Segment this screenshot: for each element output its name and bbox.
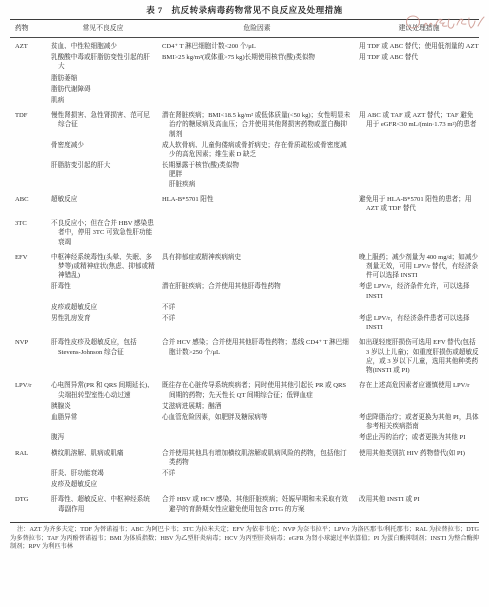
adverse-reaction: 肝脂肪变引起的肝大 [51,161,155,189]
risk-factors: 合并 HBV 或 HCV 感染、其他肝脏疾病；妊娠早期和未采取有效避孕的育龄期女… [162,495,352,513]
table-row: 胰腺炎 艾滋病进展期；酗酒 [10,402,479,411]
risk-factors [162,96,352,105]
table-row: NVP 肝毒性皮疹及超敏反应，包括 Stevens-Johnson 综合征 合并… [10,338,479,375]
drug-name: TDF [10,111,44,139]
recommended-measures: 避免用于 HLA-B*5701 阳性的患者；用 AZT 或 TDF 替代 [359,195,479,213]
risk-factors: 不详 [162,303,352,312]
drug-name: ABC [10,195,44,213]
adverse-reaction: 乳酸酸中毒或肝脂肪变性引起的肝大 [51,53,155,71]
adverse-reaction: 心电图异常(PR 和 QRS 间期延长)、尖端扭转型室性心动过速 [51,381,155,399]
risk-factors: BMI>25 kg/m²(或体重>75 kg)长期使用核苷(酸)类似物 [162,53,352,71]
adverse-reaction: 骨密度减少 [51,141,155,159]
adverse-reaction: 男性乳房发育 [51,314,155,332]
table-row: 骨密度减少 成人软骨病、儿童佝偻病或骨折病史；存在骨质疏松或骨密度减少的高危因素… [10,141,479,159]
recommended-measures [359,480,479,489]
adverse-reaction: 肝炎、肝功能衰竭 [51,469,155,478]
adverse-reaction: 肝毒性、超敏反应、中枢神经系统毒副作用 [51,495,155,513]
recommended-measures [359,303,479,312]
adverse-reaction: 慢性肾损害、急性肾损害、范可尼综合征 [51,111,155,139]
drug-name [10,480,44,489]
table-row: 男性乳房发育 不详 考虑 LPV/r，有经济条件患者可以选择 INSTI [10,314,479,332]
drug-name [10,433,44,442]
adverse-reaction: 皮疹或超敏反应 [51,303,155,312]
table-row: 肝炎、肝功能衰竭 不详 [10,469,479,478]
adverse-reaction: 肝毒性 [51,282,155,300]
scanned-table-page: 表 7 抗反转录病毒药物常见不良反应及处理措施 药物 常见不良反应 危险因素 建… [0,0,489,607]
column-header-drug: 药物 [10,24,44,33]
table-header-row: 药物 常见不良反应 危险因素 建议处理措施 [10,20,479,38]
risk-factors: 艾滋病进展期；酗酒 [162,402,352,411]
adverse-reaction: 肌病 [51,96,155,105]
table-row: 皮疹或超敏反应 不详 [10,303,479,312]
drug-name [10,161,44,189]
drug-name [10,314,44,332]
risk-factors: HLA-B*5701 阳性 [162,195,352,213]
risk-factors: 潜在肾脏疾病；BMI<18.5 kg/m² 或低体质量(<50 kg)；女性明显… [162,111,352,139]
risk-factors [162,433,352,442]
table-row: 皮疹及超敏反应 [10,480,479,489]
table-row: 脂肪代谢障碍 [10,85,479,94]
drug-name: 3TC [10,219,44,247]
adverse-reaction: 贫血、中性粒细胞减少 [51,42,155,51]
risk-factors: 既往存在心脏传导系统疾病者；同时使用其他引起长 PR 或 QRS 间期的药物；先… [162,381,352,399]
adverse-reaction: 横纹肌溶解、肌病或肌痛 [51,449,155,467]
recommended-measures: 考虑 LPV/r，有经济条件患者可以选择 INSTI [359,314,479,332]
drug-name [10,303,44,312]
risk-factors: 具有抑郁症或精神疾病病史 [162,253,352,281]
risk-factors: 成人软骨病、儿童佝偻病或骨折病史；存在骨质疏松或骨密度减少的高危因素；维生素 D… [162,141,352,159]
adverse-reaction: 肝毒性皮疹及超敏反应，包括 Stevens-Johnson 综合征 [51,338,155,375]
drug-name: RAL [10,449,44,467]
table-title: 表 7 抗反转录病毒药物常见不良反应及处理措施 [10,3,479,19]
risk-factors [162,480,352,489]
drug-name [10,282,44,300]
drug-name [10,469,44,478]
table-row: TDF 慢性肾损害、急性肾损害、范可尼综合征 潜在肾脏疾病；BMI<18.5 k… [10,111,479,139]
table-row: LPV/r 心电图异常(PR 和 QRS 间期延长)、尖端扭转型室性心动过速 既… [10,381,479,399]
table-row: 肌病 [10,96,479,105]
table-row: 腹泻 考虑止泻的治疗；或者更换为其他 PI [10,433,479,442]
table-row: ABC 超敏反应 HLA-B*5701 阳性 避免用于 HLA-B*5701 阳… [10,195,479,213]
risk-factors [162,85,352,94]
drug-name [10,74,44,83]
drug-name [10,53,44,71]
drug-name [10,85,44,94]
drug-name [10,402,44,411]
table-row: 脂肪萎缩 [10,74,479,83]
recommended-measures: 用 ABC 或 TAF 或 AZT 替代；TAF 避免用于 eGFR<30 mL… [359,111,479,139]
recommended-measures [359,141,479,159]
recommended-measures: 考虑降脂治疗；或者更换为其他 PI，具体参考相关疾病指南 [359,413,479,431]
recommended-measures [359,96,479,105]
drug-name [10,96,44,105]
adverse-reaction: 不良反应小；但在合并 HBV 感染患者中，停用 3TC 可致急性肝功能衰竭 [51,219,155,247]
recommended-measures: 考虑止泻的治疗；或者更换为其他 PI [359,433,479,442]
recommended-measures [359,74,479,83]
risk-factors: 合并使用其他具有增加横纹肌溶解或肌病风险的药物，包括他汀类药物 [162,449,352,467]
risk-factors: 不详 [162,314,352,332]
recommended-measures: 用 TDF 或 ABC 替代 [359,53,479,71]
adverse-reaction: 血脂异常 [51,413,155,431]
table-row: 血脂异常 心血管危险因素，如肥胖及糖尿病等 考虑降脂治疗；或者更换为其他 PI，… [10,413,479,431]
adverse-reaction: 脂肪代谢障碍 [51,85,155,94]
risk-factors [162,74,352,83]
table-row: 乳酸酸中毒或肝脂肪变性引起的肝大 BMI>25 kg/m²(或体重>75 kg)… [10,53,479,71]
table-row: DTG 肝毒性、超敏反应、中枢神经系统毒副作用 合并 HBV 或 HCV 感染、… [10,495,479,513]
column-header-adverse-reaction: 常见不良反应 [51,24,155,33]
risk-factors: CD4⁺ T 淋巴细胞计数<200 个/μL [162,42,352,51]
risk-factors: 合并 HCV 感染；合并使用其他肝毒性药物；基线 CD4⁺ T 淋巴细胞计数>2… [162,338,352,375]
adverse-reaction: 皮疹及超敏反应 [51,480,155,489]
drug-name: DTG [10,495,44,513]
recommended-measures [359,161,479,189]
adverse-reaction: 中枢神经系统毒性(头晕、失眠、多梦等)或精神症状(焦虑、抑郁或精神错乱) [51,253,155,281]
risk-factors: 心血管危险因素，如肥胖及糖尿病等 [162,413,352,431]
recommended-measures: 考虑 LPV/r，经济条件允许，可以选择 INSTI [359,282,479,300]
recommended-measures [359,219,479,247]
column-header-risk-factors: 危险因素 [162,24,352,33]
recommended-measures: 如出现轻度肝损伤可选用 EFV 替代(包括 3 岁以上儿童)；如重度肝损伤或超敏… [359,338,479,375]
adverse-reaction: 超敏反应 [51,195,155,213]
risk-factors: 潜在肝脏疾病；合并使用其他肝毒性药物 [162,282,352,300]
adverse-reaction: 脂肪萎缩 [51,74,155,83]
recommended-measures [359,85,479,94]
drug-name [10,413,44,431]
table-row: 肝脂肪变引起的肝大 长期暴露于核苷(酸)类似物 肥胖 肝脏疾病 [10,161,479,189]
recommended-measures [359,402,479,411]
risk-factors: 长期暴露于核苷(酸)类似物 肥胖 肝脏疾病 [162,161,352,189]
recommended-measures: 改用其他 INSTI 或 PI [359,495,479,513]
risk-factors: 不详 [162,469,352,478]
recommended-measures: 使用其他类别抗 HIV 药物替代(如 PI) [359,449,479,467]
table-footnote: 注：AZT 为齐多夫定；TDF 为替诺福韦；ABC 为阿巴卡韦；3TC 为拉米夫… [10,526,479,552]
drug-name: AZT [10,42,44,51]
column-header-recommended-measures: 建议处理措施 [359,24,479,33]
drug-name: NVP [10,338,44,375]
table-row: RAL 横纹肌溶解、肌病或肌痛 合并使用其他具有增加横纹肌溶解或肌病风险的药物，… [10,449,479,467]
risk-factors [162,219,352,247]
recommended-measures: 晚上服药；减少剂量为 400 mg/d；如减少剂量无效，可用 LPV/r 替代，… [359,253,479,281]
table-row: 肝毒性 潜在肝脏疾病；合并使用其他肝毒性药物 考虑 LPV/r，经济条件允许，可… [10,282,479,300]
adverse-reaction: 腹泻 [51,433,155,442]
table-row: EFV 中枢神经系统毒性(头晕、失眠、多梦等)或精神症状(焦虑、抑郁或精神错乱)… [10,253,479,281]
drug-name: LPV/r [10,381,44,399]
recommended-measures: 存在上述高危因素者应谨慎使用 LPV/r [359,381,479,399]
drug-name: EFV [10,253,44,281]
recommended-measures: 用 TDF 或 ABC 替代；使用低剂量的 AZT [359,42,479,51]
drug-name [10,141,44,159]
table-body: AZT 贫血、中性粒细胞减少 CD4⁺ T 淋巴细胞计数<200 个/μL 用 … [10,38,479,522]
adverse-reaction: 胰腺炎 [51,402,155,411]
table-row: AZT 贫血、中性粒细胞减少 CD4⁺ T 淋巴细胞计数<200 个/μL 用 … [10,42,479,51]
recommended-measures [359,469,479,478]
table-row: 3TC 不良反应小；但在合并 HBV 感染患者中，停用 3TC 可致急性肝功能衰… [10,219,479,247]
adverse-reactions-table: 药物 常见不良反应 危险因素 建议处理措施 AZT 贫血、中性粒细胞减少 CD4… [10,19,479,523]
